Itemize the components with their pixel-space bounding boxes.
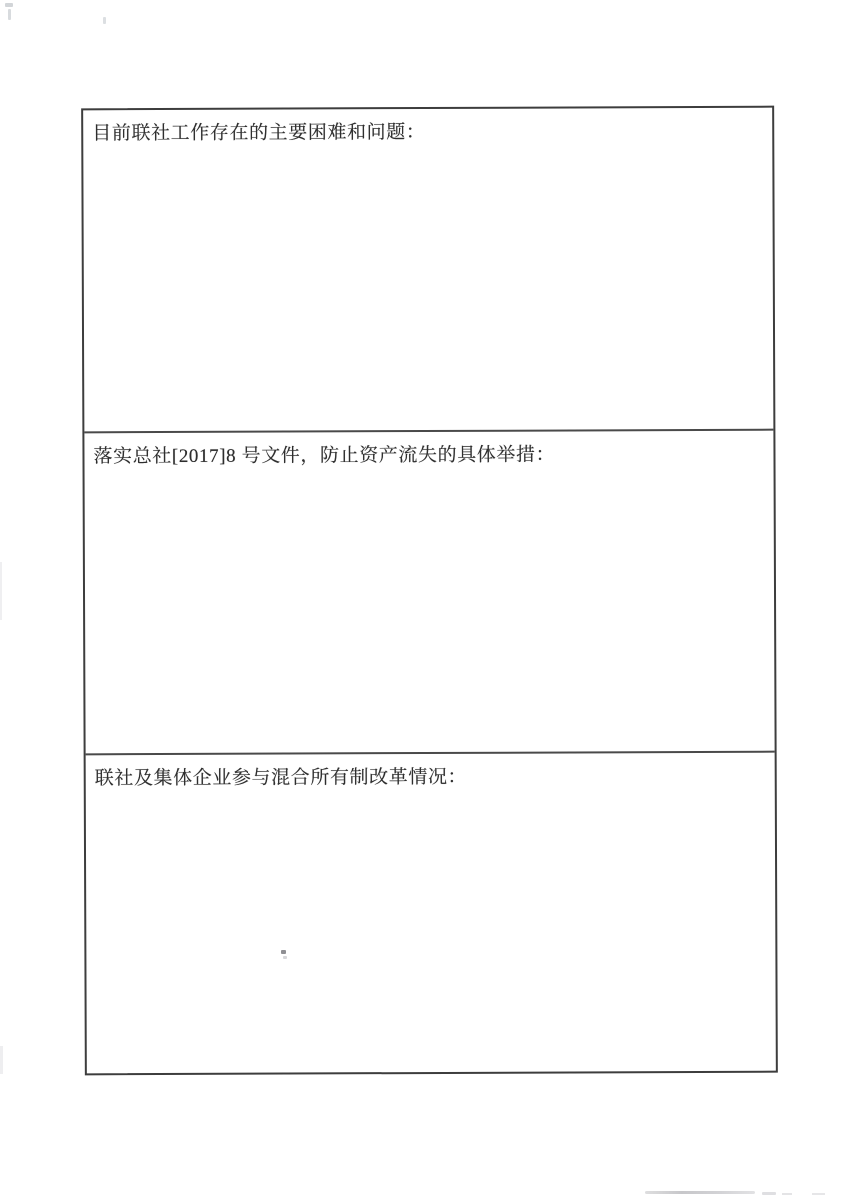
section-label-asset-loss-measures: 落实总社[2017]8 号文件，防止资产流失的具体举措： [93,444,555,470]
form-section-difficulties: 目前联社工作存在的主要困难和问题： [83,108,773,434]
scan-artifact-left-edge [0,1046,3,1074]
scan-artifact-bottom-streak [762,1192,776,1195]
form-section-asset-loss-measures: 落实总社[2017]8 号文件，防止资产流失的具体举措： [84,431,774,756]
scan-artifact-top-left [8,9,11,20]
scan-artifact-left-edge [0,562,2,620]
scan-artifact-top [103,17,106,24]
section-label-mixed-ownership-reform: 联社及集体企业参与混合所有制改革情况： [95,766,467,791]
scan-artifact-top-left [5,3,13,7]
scan-artifact-bottom-streak [782,1193,792,1195]
scan-artifact-bottom-streak [645,1191,755,1194]
answer-area-difficulties [83,148,773,432]
form-section-mixed-ownership-reform: 联社及集体企业参与混合所有制改革情况： [86,753,776,1074]
answer-area-asset-loss-measures [85,471,775,754]
answer-area-mixed-ownership-reform [86,793,776,1074]
scan-artifact-bottom-streak [812,1193,825,1195]
section-label-difficulties: 目前联社工作存在的主要困难和问题： [92,121,425,146]
form-table: 目前联社工作存在的主要困难和问题： 落实总社[2017]8 号文件，防止资产流失… [81,106,778,1076]
scanned-page: 目前联社工作存在的主要困难和问题： 落实总社[2017]8 号文件，防止资产流失… [0,0,848,1200]
